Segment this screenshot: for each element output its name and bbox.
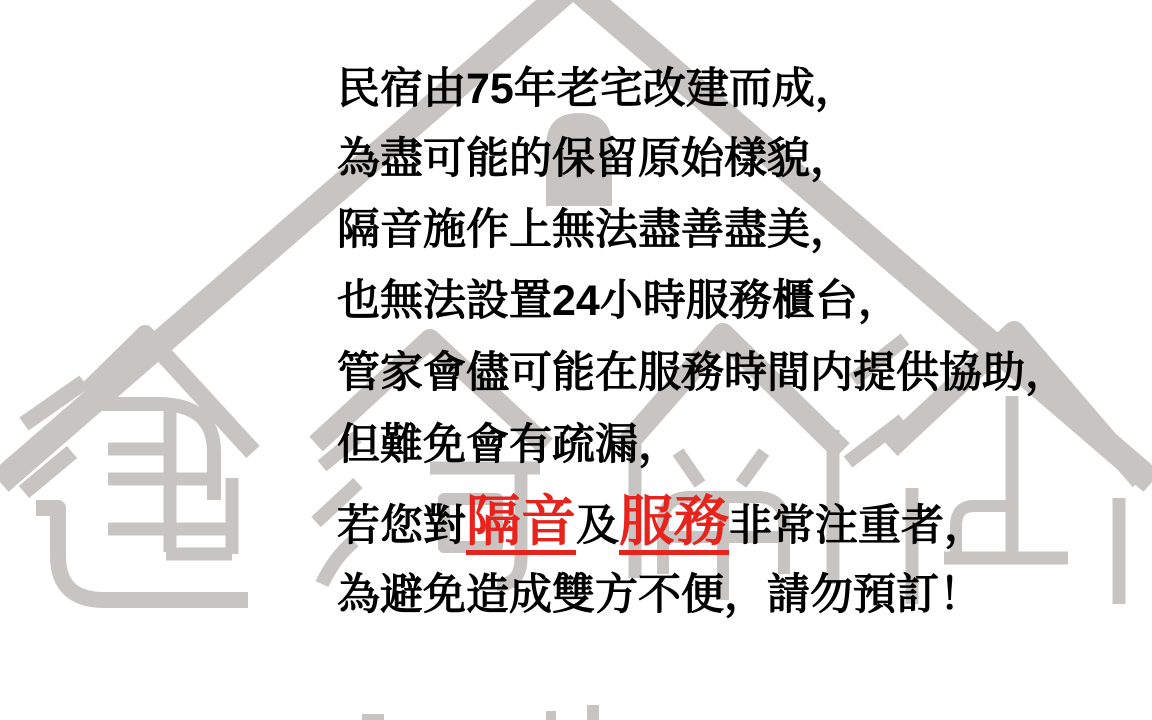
line7-emphasis-soundproofing: 隔音 <box>466 494 576 555</box>
line7-suffix: 非常注重者， <box>729 502 987 550</box>
notice-line-7: 若您對隔音及服務非常注重者， <box>337 494 987 555</box>
line7-emphasis-service: 服務 <box>619 494 729 555</box>
notice-line-5: 管家會儘可能在服務時間内提供協助， <box>337 352 1068 395</box>
guesthouse-notice-slide: 民宿由75年老宅改建而成， 為盡可能的保留原始樣貌， 隔音施作上無法盡善盡美， … <box>0 0 1152 720</box>
notice-line-4: 也無法設置24小時服務櫃台， <box>337 280 901 323</box>
notice-line-2: 為盡可能的保留原始樣貌， <box>337 138 853 181</box>
notice-text-block: 民宿由75年老宅改建而成， 為盡可能的保留原始樣貌， 隔音施作上無法盡善盡美， … <box>0 0 1152 720</box>
notice-line-1: 民宿由75年老宅改建而成， <box>337 68 858 111</box>
line7-conjunction: 及 <box>576 502 619 550</box>
line7-prefix: 若您對 <box>337 502 466 550</box>
notice-line-8: 為避免造成雙方不便，請勿預訂！ <box>337 574 982 617</box>
notice-line-6: 但難免會有疏漏， <box>337 424 681 467</box>
notice-line-3: 隔音施作上無法盡善盡美， <box>337 209 853 252</box>
